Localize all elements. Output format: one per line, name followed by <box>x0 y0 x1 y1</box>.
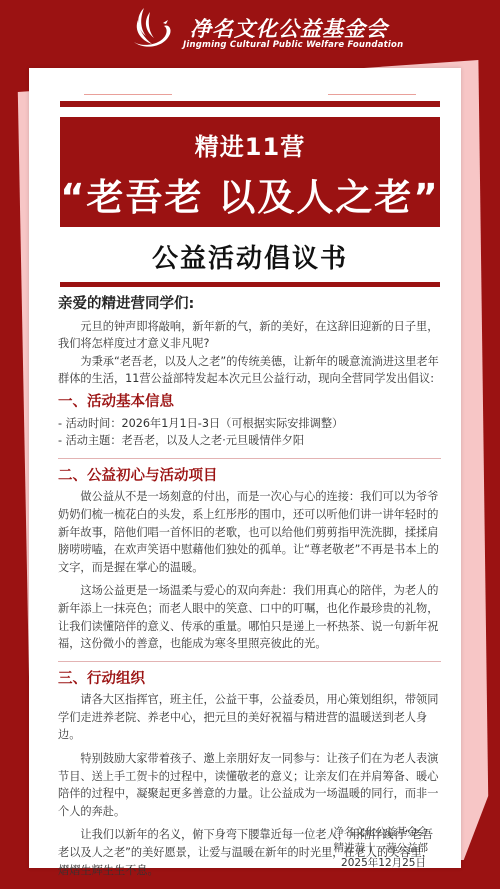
section-title-organization: 三、行动组织 <box>58 671 441 689</box>
document-body: 亲爱的精进营同学们: 元旦的钟声即将敲响，新年新的气，新的美好，在这辞旧迎新的日… <box>58 296 441 879</box>
intro-paragraph: 为秉承“老吾老，以及人之老”的传统美德，让新年的暖意流淌进这里老年群体的生活，1… <box>58 353 441 388</box>
title-bottom-divider <box>60 282 440 287</box>
greeting: 亲爱的精进营同学们: <box>58 296 441 314</box>
header: 净名文化公益基金会 Jingming Cultural Public Welfa… <box>0 0 500 60</box>
intro-paragraph: 元旦的钟声即将敲响，新年新的气，新的美好，在这辞旧迎新的日子里，我们将怎样度过才… <box>58 318 441 353</box>
banner-right-line <box>328 94 416 95</box>
document-title: 公益活动倡议书 <box>0 238 500 275</box>
top-divider <box>60 101 440 107</box>
banner-left-line <box>84 94 172 95</box>
phoenix-logo-icon <box>130 6 176 50</box>
signature-date: 2025年12月25日 <box>300 856 428 872</box>
section-paragraph: 特别鼓励大家带着孩子、邀上亲朋好友一同参与：让孩子们在为老人表演节目、送上手工贺… <box>58 750 441 820</box>
section-paragraph: 这场公益更是一场温柔与爱心的双向奔赴：我们用真心的陪伴，为老人的新年添上一抹亮色… <box>58 582 441 652</box>
section-title-purpose: 二、公益初心与活动项目 <box>58 468 441 486</box>
banner-subtitle: 精进11营 <box>0 127 500 162</box>
section-title-basic-info: 一、活动基本信息 <box>58 394 441 412</box>
signature-block: 净名文化公益基金会 精进营十一营公益部 2025年12月25日 <box>300 825 428 872</box>
section-paragraph: 请各大区指挥官，班主任，公益干事，公益委员，用心策划组织，带领同学们走进养老院、… <box>58 691 441 744</box>
section-divider <box>58 661 441 662</box>
section-divider <box>58 458 441 459</box>
brand-name-cn: 净名文化公益基金会 <box>190 13 388 43</box>
info-item-theme: - 活动主题：老吾老，以及人之老·元旦暖情伴夕阳 <box>58 432 441 450</box>
section-paragraph: 做公益从不是一场刻意的付出，而是一次心与心的连接：我们可以为爷爷奶奶们梳一梳花白… <box>58 488 441 576</box>
signature-org: 净名文化公益基金会 <box>300 825 428 841</box>
brand-name-en: Jingming Cultural Public Welfare Foundat… <box>183 40 403 50</box>
info-item-time: - 活动时间：2026年1月1日-3日（可根据实际安排调整） <box>58 415 441 433</box>
signature-dept: 精进营十一营公益部 <box>300 841 428 857</box>
banner-main-title: “老吾老 以及人之老” <box>0 167 500 221</box>
